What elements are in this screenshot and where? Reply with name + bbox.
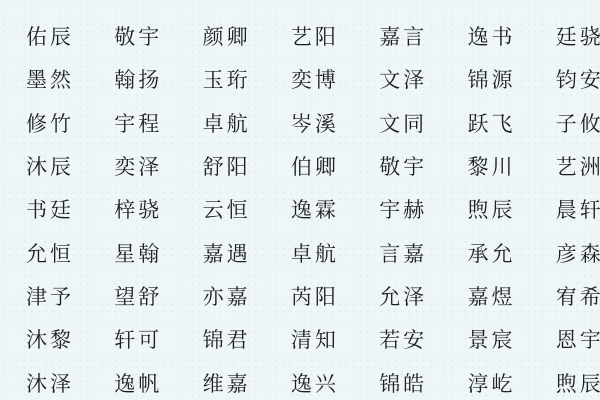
- name-item: 芮阳: [291, 287, 379, 308]
- name-item: 轩可: [114, 330, 202, 351]
- name-item: 敬宇: [379, 157, 467, 178]
- name-item: 嘉言: [379, 27, 467, 48]
- name-row-4: 沐辰 奕泽 舒阳 伯卿 敬宇 黎川 艺洲 慕凡 景翊: [26, 146, 600, 189]
- name-item: 沐黎: [26, 330, 114, 351]
- name-item: 宥希: [556, 287, 600, 308]
- name-item: 玉珩: [203, 70, 291, 91]
- name-item: 颜卿: [203, 27, 291, 48]
- name-item: 景宸: [467, 330, 555, 351]
- name-item: 伯卿: [291, 157, 379, 178]
- name-item: 望舒: [114, 287, 202, 308]
- name-item: 星翰: [114, 244, 202, 265]
- name-item: 佑辰: [26, 27, 114, 48]
- name-item: 书廷: [26, 200, 114, 221]
- name-item: 沐辰: [26, 157, 114, 178]
- name-item: 奕博: [291, 70, 379, 91]
- name-item: 逸兴: [291, 374, 379, 395]
- name-item: 煦辰: [467, 200, 555, 221]
- name-item: 跃飞: [467, 114, 555, 135]
- name-row-8: 沐黎 轩可 锦君 清知 若安 景宸 恩宇 星烨 奕琛: [26, 319, 600, 362]
- name-item: 津予: [26, 287, 114, 308]
- name-item: 淳屹: [467, 374, 555, 395]
- name-item: 嘉煜: [467, 287, 555, 308]
- name-row-3: 修竹 宇程 卓航 岑溪 文同 跃飞 子攸 宇轩 嘉衡: [26, 103, 600, 146]
- name-item: 言嘉: [379, 244, 467, 265]
- name-item: 黎川: [467, 157, 555, 178]
- name-item: 晨轩: [556, 200, 600, 221]
- name-item: 逸书: [467, 27, 555, 48]
- name-item: 沐泽: [26, 374, 114, 395]
- name-list-grid: 佑辰 敬宇 颜卿 艺阳 嘉言 逸书 廷骁 云恒 言泽 墨然 翰扬 玉珩 奕博 文…: [26, 16, 600, 400]
- name-item: 子攸: [556, 114, 600, 135]
- name-row-7: 津予 望舒 亦嘉 芮阳 允泽 嘉煜 宥希 星翰 宥谦: [26, 276, 600, 319]
- name-item: 艺洲: [556, 157, 600, 178]
- name-item: 煦辰: [556, 374, 600, 395]
- name-row-9: 沐泽 逸帆 维嘉 逸兴 锦皓 淳屹 煦辰 知聿 煜礼: [26, 362, 600, 400]
- name-item: 钧安: [556, 70, 600, 91]
- name-row-1: 佑辰 敬宇 颜卿 艺阳 嘉言 逸书 廷骁 云恒 言泽: [26, 16, 600, 59]
- name-item: 卓航: [291, 244, 379, 265]
- name-item: 宇赫: [379, 200, 467, 221]
- name-item: 允泽: [379, 287, 467, 308]
- name-item: 梓骁: [114, 200, 202, 221]
- name-item: 艺阳: [291, 27, 379, 48]
- name-row-5: 书廷 梓骁 云恒 逸霖 宇赫 煦辰 晨轩 瑾舟 安屿: [26, 189, 600, 232]
- name-item: 文泽: [379, 70, 467, 91]
- name-item: 嘉遇: [203, 244, 291, 265]
- name-item: 若安: [379, 330, 467, 351]
- name-item: 岑溪: [291, 114, 379, 135]
- name-item: 亦嘉: [203, 287, 291, 308]
- name-item: 敬宇: [114, 27, 202, 48]
- name-item: 廷骁: [556, 27, 600, 48]
- name-item: 允恒: [26, 244, 114, 265]
- name-item: 清知: [291, 330, 379, 351]
- name-item: 恩宇: [556, 330, 600, 351]
- name-item: 逸帆: [114, 374, 202, 395]
- name-item: 卓航: [203, 114, 291, 135]
- name-item: 墨然: [26, 70, 114, 91]
- name-item: 文同: [379, 114, 467, 135]
- name-item: 承允: [467, 244, 555, 265]
- name-item: 彦森: [556, 244, 600, 265]
- name-item: 逸霖: [291, 200, 379, 221]
- name-item: 锦君: [203, 330, 291, 351]
- name-row-2: 墨然 翰扬 玉珩 奕博 文泽 锦源 钧安 予怀 希书: [26, 59, 600, 102]
- name-row-6: 允恒 星翰 嘉遇 卓航 言嘉 承允 彦森 崇九 知熠: [26, 232, 600, 275]
- name-item: 舒阳: [203, 157, 291, 178]
- name-item: 云恒: [203, 200, 291, 221]
- name-item: 宇程: [114, 114, 202, 135]
- name-item: 锦源: [467, 70, 555, 91]
- name-item: 奕泽: [114, 157, 202, 178]
- name-item: 修竹: [26, 114, 114, 135]
- name-item: 锦皓: [379, 374, 467, 395]
- name-item: 维嘉: [203, 374, 291, 395]
- name-item: 翰扬: [114, 70, 202, 91]
